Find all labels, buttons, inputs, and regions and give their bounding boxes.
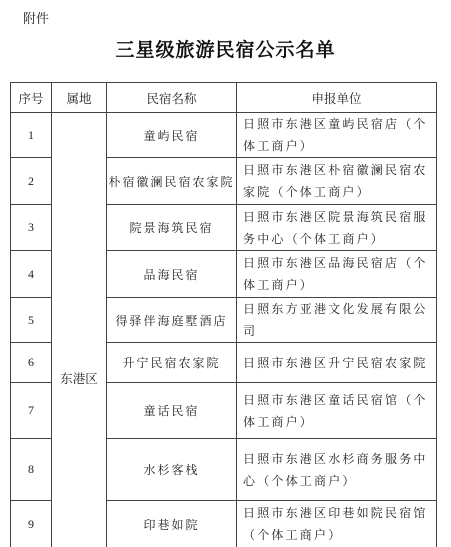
cell-name: 院景海筑民宿 [107,205,237,251]
cell-name: 升宁民宿农家院 [107,343,237,383]
homestay-list-table: 序号 属地 民宿名称 申报单位 1 东港区 童屿民宿 日照市东港区童屿民宿店（个… [10,82,437,547]
cell-unit: 日照市东港区朴宿徽澜民宿农家院（个体工商户） [237,158,437,205]
cell-no: 1 [11,113,52,158]
cell-name: 得驿伴海庭墅酒店 [107,298,237,343]
cell-no: 3 [11,205,52,251]
cell-area-merged: 东港区 [52,113,107,547]
cell-name: 水杉客栈 [107,439,237,501]
header-area: 属地 [52,83,107,113]
cell-name: 朴宿徽澜民宿农家院 [107,158,237,205]
cell-no: 7 [11,383,52,439]
attachment-label: 附件 [23,8,49,27]
area-label: 东港区 [60,369,98,547]
cell-no: 2 [11,158,52,205]
cell-unit: 日照市东港区院景海筑民宿服务中心（个体工商户） [237,205,437,251]
header-name: 民宿名称 [107,83,237,113]
cell-no: 8 [11,439,52,501]
table-row: 1 东港区 童屿民宿 日照市东港区童屿民宿店（个体工商户） [11,113,437,158]
cell-unit: 日照市东港区品海民宿店（个体工商户） [237,251,437,298]
cell-no: 9 [11,501,52,547]
cell-no: 6 [11,343,52,383]
header-no: 序号 [11,83,52,113]
cell-no: 5 [11,298,52,343]
cell-unit: 日照市东港区水杉商务服务中心（个体工商户） [237,439,437,501]
header-unit: 申报单位 [237,83,437,113]
cell-unit: 日照市东港区印巷如院民宿馆（个体工商户） [237,501,437,547]
table-header-row: 序号 属地 民宿名称 申报单位 [11,83,437,113]
cell-name: 童屿民宿 [107,113,237,158]
cell-no: 4 [11,251,52,298]
cell-name: 印巷如院 [107,501,237,547]
document-title: 三星级旅游民宿公示名单 [0,35,451,62]
cell-unit: 日照市东港区童屿民宿店（个体工商户） [237,113,437,158]
cell-unit: 日照市东港区升宁民宿农家院 [237,343,437,383]
cell-unit: 日照东方亚港文化发展有限公司 [237,298,437,343]
cell-name: 品海民宿 [107,251,237,298]
cell-name: 童话民宿 [107,383,237,439]
cell-unit: 日照市东港区童话民宿馆（个体工商户） [237,383,437,439]
